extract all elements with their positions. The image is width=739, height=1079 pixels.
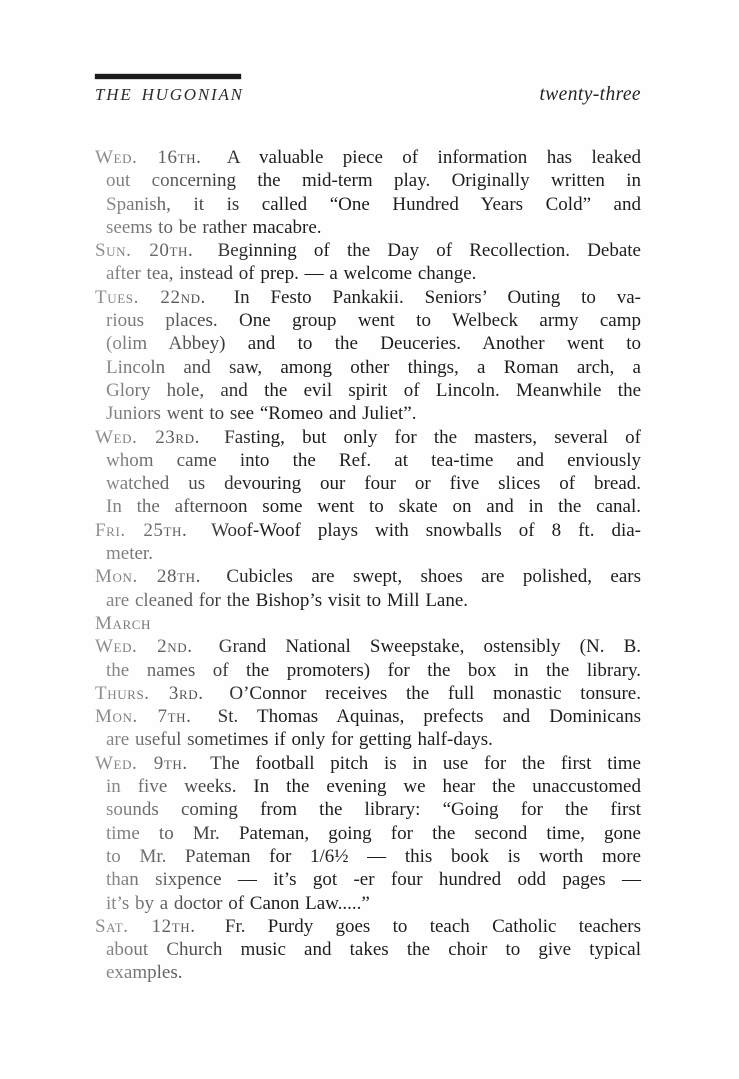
- entry-line: Sat. 12th. Fr. Purdy goes to teach Catho…: [95, 915, 641, 938]
- entry-line: to Mr. Pateman for 1/6½ — this book is w…: [95, 845, 641, 868]
- entry-text: A valuable piece of information has leak…: [227, 147, 641, 168]
- entry-line: sounds coming from the library: “Going f…: [95, 798, 641, 821]
- diary-entry: Wed. 9th. The football pitch is in use f…: [95, 752, 641, 915]
- entry-line: about Church music and takes the choir t…: [95, 938, 641, 961]
- entry-text: Fr. Purdy goes to teach Catholic teacher…: [225, 916, 641, 937]
- entry-text: O’Connor receives the full monastic tons…: [229, 683, 641, 704]
- entry-line: Wed. 2nd. Grand National Sweepstake, ost…: [95, 635, 641, 658]
- entry-line: rious places. One group went to Welbeck …: [95, 309, 641, 332]
- entry-line: time to Mr. Pateman, going for the secon…: [95, 822, 641, 845]
- masthead: THE HUGONIAN: [95, 74, 244, 105]
- scanned-page: THE HUGONIAN twenty-three Wed. 16th. A v…: [0, 0, 739, 1079]
- entry-line: in five weeks. In the evening we hear th…: [95, 775, 641, 798]
- entry-line: Mon. 28th. Cubicles are swept, shoes are…: [95, 565, 641, 588]
- entry-date-label: Mon. 28th.: [95, 566, 201, 587]
- entry-date-label: Thurs. 3rd.: [95, 683, 204, 704]
- entry-line: Wed. 23rd. Fasting, but only for the mas…: [95, 426, 641, 449]
- page-header: THE HUGONIAN twenty-three: [95, 74, 641, 106]
- entry-line: Thurs. 3rd. O’Connor receives the full m…: [95, 682, 641, 705]
- journal-title: THE HUGONIAN: [95, 85, 244, 105]
- entry-line: it’s by a doctor of Canon Law.....”: [95, 892, 641, 915]
- entry-line: (olim Abbey) and to the Deuceries. Anoth…: [95, 332, 641, 355]
- entry-line: whom came into the Ref. at tea-time and …: [95, 449, 641, 472]
- entry-line: out concerning the mid-term play. Origin…: [95, 169, 641, 192]
- entry-line: Spanish, it is called “One Hundred Years…: [95, 193, 641, 216]
- entry-line: seems to be rather macabre.: [95, 216, 641, 239]
- entry-line: Tues. 22nd. In Festo Pankakii. Seniors’ …: [95, 286, 641, 309]
- entry-date-label: Sun. 20th.: [95, 240, 193, 261]
- entry-line: Glory hole, and the evil spirit of Linco…: [95, 379, 641, 402]
- entry-date-label: Mon. 7th.: [95, 706, 192, 727]
- entries: Wed. 16th. A valuable piece of informati…: [95, 146, 641, 985]
- diary-entry: Thurs. 3rd. O’Connor receives the full m…: [95, 682, 641, 705]
- entry-date-label: Wed. 9th.: [95, 753, 188, 774]
- entry-line: Mon. 7th. St. Thomas Aquinas, prefects a…: [95, 705, 641, 728]
- entry-date-label: Wed. 2nd.: [95, 636, 193, 657]
- entry-date-label: Tues. 22nd.: [95, 287, 206, 308]
- entry-date-label: Sat. 12th.: [95, 916, 196, 937]
- entry-line: Fri. 25th. Woof-Woof plays with snowball…: [95, 519, 641, 542]
- entry-line: are cleaned for the Bishop’s visit to Mi…: [95, 589, 641, 612]
- entry-line: examples.: [95, 961, 641, 984]
- entry-line: are useful sometimes if only for getting…: [95, 728, 641, 751]
- diary-entry: Mon. 7th. St. Thomas Aquinas, prefects a…: [95, 705, 641, 752]
- entry-date-label: Wed. 16th.: [95, 147, 202, 168]
- diary-entry: Mon. 28th. Cubicles are swept, shoes are…: [95, 565, 641, 612]
- entry-line: than sixpence — it’s got -er four hundre…: [95, 868, 641, 891]
- entry-line: Juniors went to see “Romeo and Juliet”.: [95, 402, 641, 425]
- diary-entry: Sat. 12th. Fr. Purdy goes to teach Catho…: [95, 915, 641, 985]
- entry-text: Beginning of the Day of Recollection. De…: [218, 240, 641, 261]
- entry-text: The football pitch is in use for the fir…: [210, 753, 641, 774]
- entry-line: the names of the promoters) for the box …: [95, 659, 641, 682]
- entry-date-label: Wed. 23rd.: [95, 427, 200, 448]
- entry-line: watched us devouring our four or five sl…: [95, 472, 641, 495]
- entry-line: Wed. 16th. A valuable piece of informati…: [95, 146, 641, 169]
- diary-entry: Wed. 16th. A valuable piece of informati…: [95, 146, 641, 239]
- entry-text: Fasting, but only for the masters, sever…: [224, 427, 641, 448]
- entry-text: Woof-Woof plays with snowballs of 8 ft. …: [211, 520, 641, 541]
- entry-line: Lincoln and saw, among other things, a R…: [95, 356, 641, 379]
- diary-entry: Fri. 25th. Woof-Woof plays with snowball…: [95, 519, 641, 566]
- title-rule: [95, 74, 241, 79]
- entry-line: after tea, instead of prep. — a welcome …: [95, 262, 641, 285]
- entry-line: Sun. 20th. Beginning of the Day of Recol…: [95, 239, 641, 262]
- entry-line: meter.: [95, 542, 641, 565]
- entry-text: St. Thomas Aquinas, prefects and Dominic…: [218, 706, 641, 727]
- diary-entry: Tues. 22nd. In Festo Pankakii. Seniors’ …: [95, 286, 641, 426]
- entry-text: Cubicles are swept, shoes are polished, …: [226, 566, 641, 587]
- diary-entry: Sun. 20th. Beginning of the Day of Recol…: [95, 239, 641, 286]
- entry-line: Wed. 9th. The football pitch is in use f…: [95, 752, 641, 775]
- month-heading: March: [95, 612, 641, 635]
- entry-text: Grand National Sweepstake, ostensibly (N…: [219, 636, 641, 657]
- entry-text: In Festo Pankakii. Seniors’ Outing to va…: [234, 287, 641, 308]
- entry-line: In the afternoon some went to skate on a…: [95, 495, 641, 518]
- diary-entry: Wed. 23rd. Fasting, but only for the mas…: [95, 426, 641, 519]
- diary-entry: Wed. 2nd. Grand National Sweepstake, ost…: [95, 635, 641, 682]
- entry-date-label: Fri. 25th.: [95, 520, 187, 541]
- page-number: twenty-three: [539, 84, 641, 106]
